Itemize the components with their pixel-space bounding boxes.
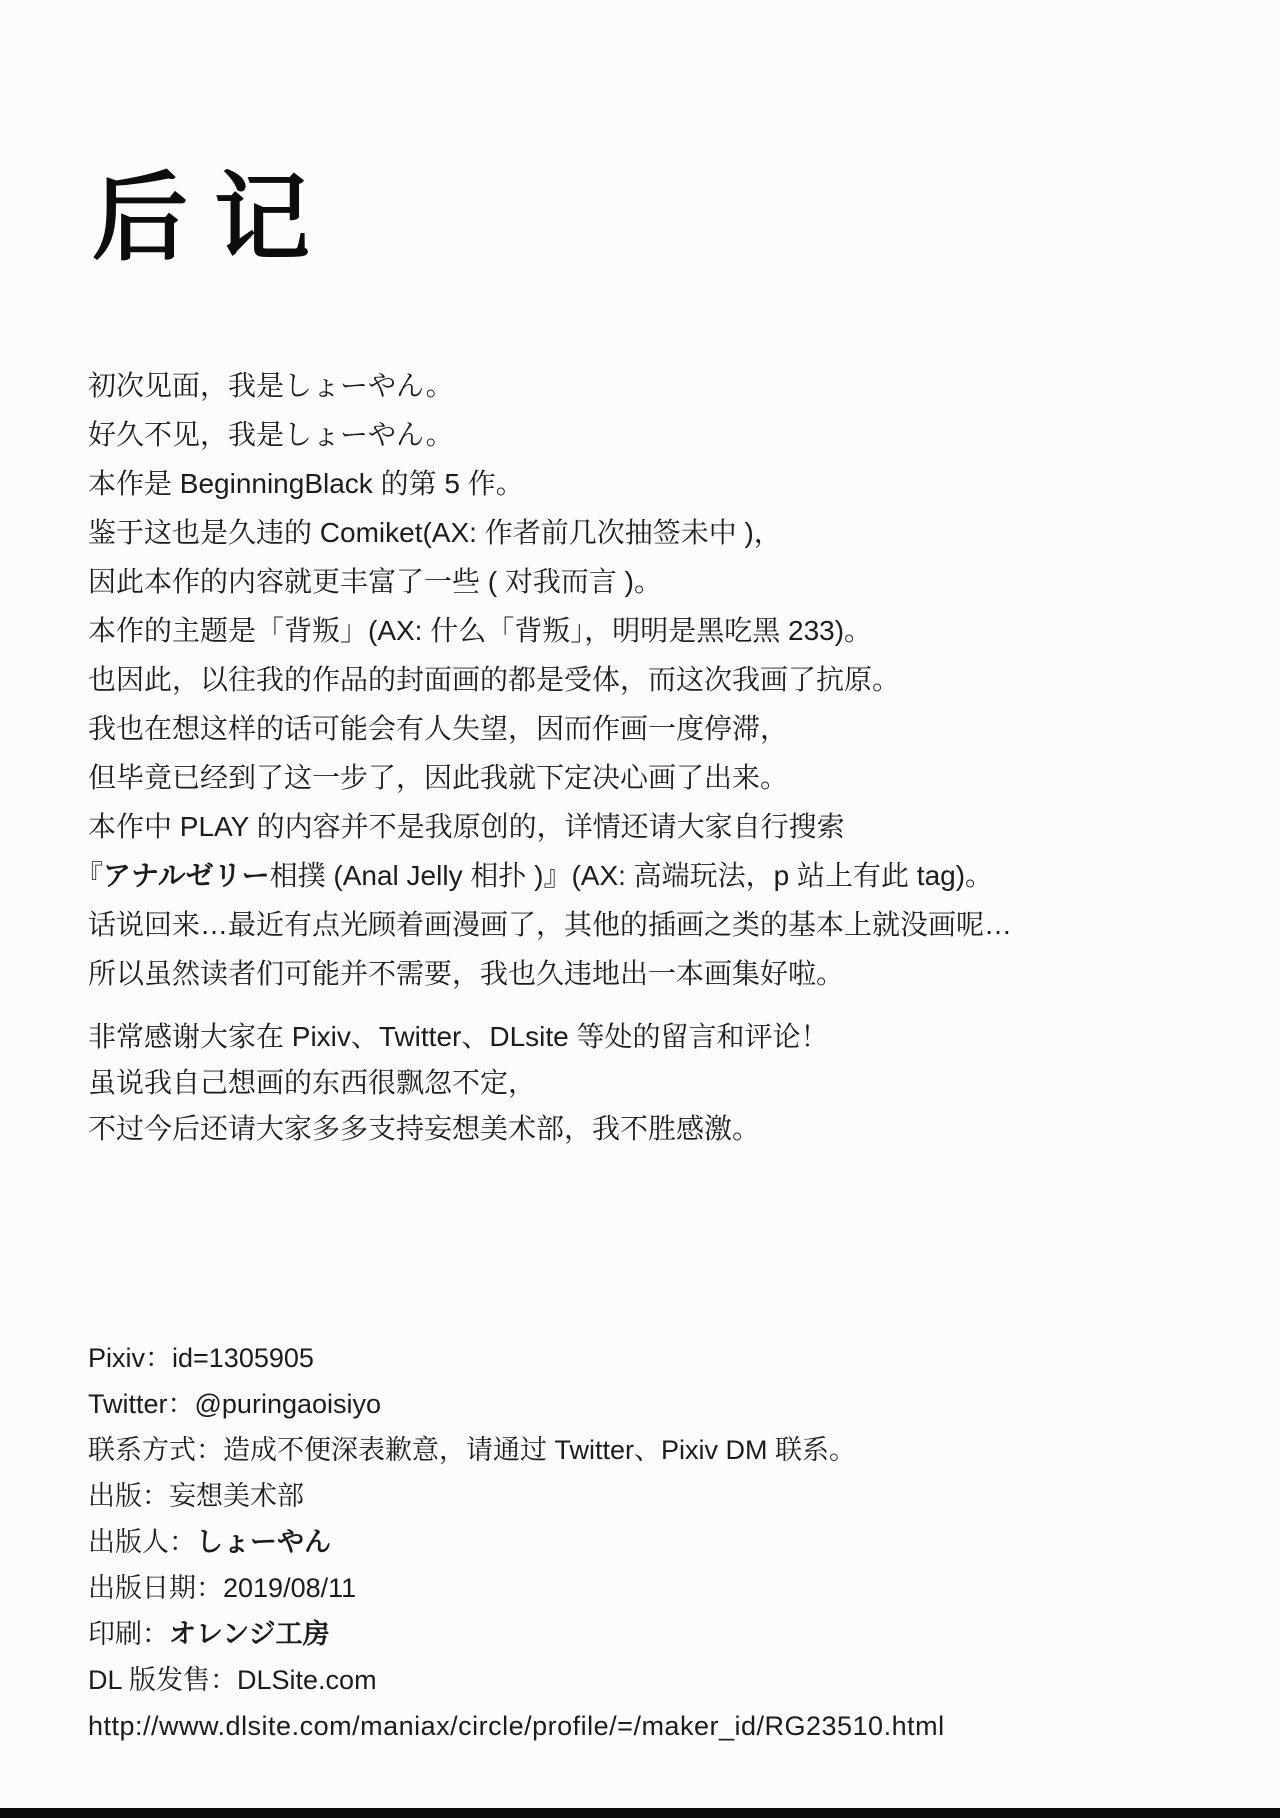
afterword-line: 但毕竟已经到了这一步了，因此我就下定决心画了出来。 xyxy=(88,753,1012,802)
afterword-page: 后记 初次见面，我是しょーやん。 好久不见，我是しょーやん。 本作是 Begin… xyxy=(0,0,1280,1818)
colophon-printer: 印刷：オレンジ工房 xyxy=(88,1611,945,1657)
afterword-line: 因此本作的内容就更丰富了一些 ( 对我而言 )。 xyxy=(88,557,1012,606)
afterword-line: 本作的主题是「背叛」(AX: 什么「背叛」，明明是黑吃黑 233)。 xyxy=(88,606,1012,655)
colophon-contact-info: 联系方式：造成不便深表歉意，请通过 Twitter、Pixiv DM 联系。 xyxy=(88,1427,945,1473)
colophon-circle-url: http://www.dlsite.com/maniax/circle/prof… xyxy=(88,1703,945,1749)
colophon-publisher: 出版：妄想美术部 xyxy=(88,1473,945,1519)
afterword-line-work-title: 『アナルゼリー相撲 (Anal Jelly 相扑 )』(AX: 高端玩法，p 站… xyxy=(75,851,1012,900)
work-title-rest: 相撲 (Anal Jelly 相扑 )』(AX: 高端玩法，p 站上有此 tag… xyxy=(270,860,993,891)
printer-label: 印刷： xyxy=(88,1619,169,1649)
afterword-line: 虽说我自己想画的东西很飘忽不定， xyxy=(88,1060,829,1106)
printer-name: オレンジ工房 xyxy=(169,1619,330,1649)
page-bottom-edge xyxy=(0,1808,1280,1818)
afterword-paragraph-1: 初次见面，我是しょーやん。 好久不见，我是しょーやん。 本作是 Beginnin… xyxy=(88,361,1012,998)
afterword-line: 非常感谢大家在 Pixiv、Twitter、DLsite 等处的留言和评论！ xyxy=(88,1014,829,1060)
afterword-line: 也因此，以往我的作品的封面画的都是受体，而这次我画了抗原。 xyxy=(88,655,1012,704)
colophon-twitter-handle: Twitter：@puringaoisiyo xyxy=(88,1381,945,1427)
afterword-line: 我也在想这样的话可能会有人失望，因而作画一度停滞， xyxy=(88,704,1012,753)
afterword-line: 鉴于这也是久违的 Comiket(AX: 作者前几次抽签未中 )， xyxy=(88,508,1012,557)
colophon-pixiv-id: Pixiv：id=1305905 xyxy=(88,1335,945,1381)
work-title-bold: アナルゼリー xyxy=(103,860,270,891)
publisher-person-name: しょーやん xyxy=(196,1527,331,1557)
colophon-publisher-person: 出版人：しょーやん xyxy=(88,1519,945,1565)
afterword-line: 不过今后还请大家多多支持妄想美术部，我不胜感激。 xyxy=(88,1106,829,1152)
publisher-person-label: 出版人： xyxy=(88,1527,196,1557)
colophon-publish-date: 出版日期：2019/08/11 xyxy=(88,1565,945,1611)
colophon-dl-release: DL 版发售：DLSite.com xyxy=(88,1657,945,1703)
afterword-line: 好久不见，我是しょーやん。 xyxy=(88,410,1012,459)
afterword-line: 话说回来…最近有点光顾着画漫画了，其他的插画之类的基本上就没画呢… xyxy=(88,900,1012,949)
afterword-line: 本作是 BeginningBlack 的第 5 作。 xyxy=(88,459,1012,508)
afterword-line: 所以虽然读者们可能并不需要，我也久违地出一本画集好啦。 xyxy=(88,949,1012,998)
quote-open: 『 xyxy=(75,860,103,891)
afterword-line: 初次见面，我是しょーやん。 xyxy=(88,361,1012,410)
colophon-block: Pixiv：id=1305905 Twitter：@puringaoisiyo … xyxy=(88,1335,945,1749)
afterword-paragraph-2: 非常感谢大家在 Pixiv、Twitter、DLsite 等处的留言和评论！ 虽… xyxy=(88,1014,829,1152)
afterword-line: 本作中 PLAY 的内容并不是我原创的，详情还请大家自行搜索 xyxy=(88,802,1012,851)
page-title: 后记 xyxy=(92,142,336,279)
